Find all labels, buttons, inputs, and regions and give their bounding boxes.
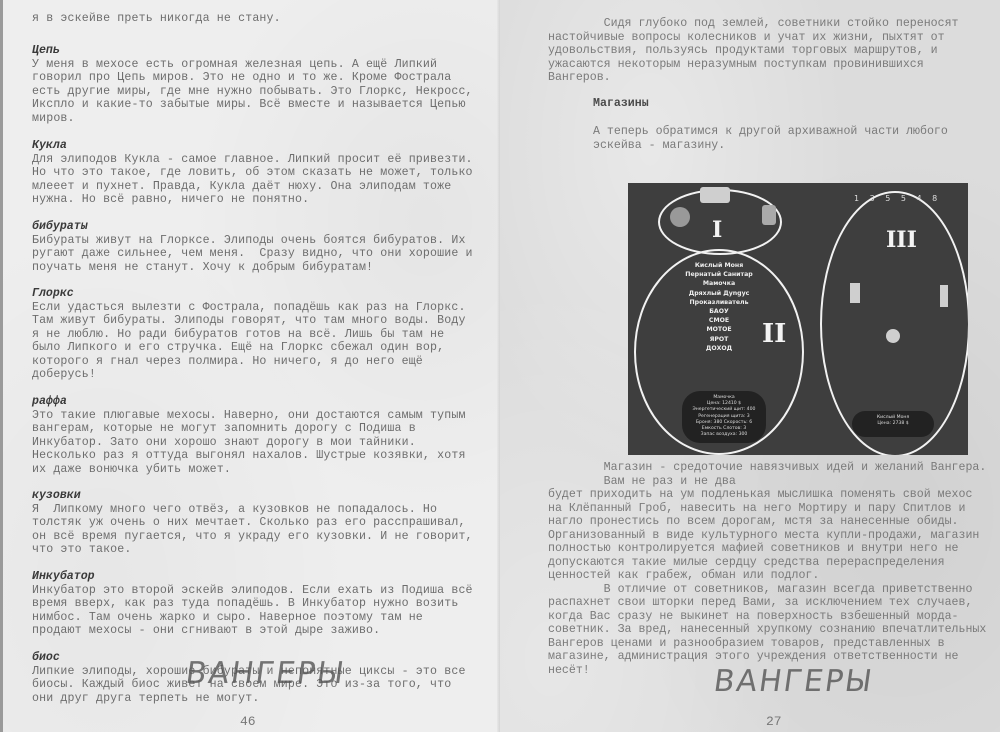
- entry-text: Инкубатор это второй эскейв элиподов. Ес…: [32, 584, 473, 638]
- entry-term: бибураты: [32, 220, 473, 234]
- item-info-box-right: Кислый МоняЦена: 2738 $: [852, 411, 934, 437]
- section-title: Магазины: [593, 97, 649, 110]
- gear-icon: [670, 207, 690, 227]
- glossary-entry: ГлорксЕсли удасться вылезти с Фострала, …: [32, 287, 466, 382]
- glossary-entry: раффаЭто такие плюгавые мехосы. Наверно,…: [32, 395, 466, 476]
- device-icon: [886, 329, 900, 343]
- handwritten-stamp: ВАНГЕРЫ: [712, 664, 876, 699]
- entry-term: раффа: [32, 395, 466, 409]
- shop-screenshot: I Кислый МоняПернатый СанитарМамочкаДрях…: [628, 183, 968, 455]
- glossary-entry: кузовкиЯ Липкому много чего отвёз, а куз…: [32, 489, 473, 557]
- entry-text: У меня в мехосе есть огромная железная ц…: [32, 58, 473, 126]
- weapon-slot-right-icon: [940, 285, 948, 307]
- panel-label-three: III: [886, 227, 917, 253]
- item-info-box: МамочкаЦена: 12410 $Энергетический щит: …: [682, 391, 766, 443]
- intro-line: я в эскейве преть никогда не стану.: [32, 12, 281, 26]
- entry-text: Бибураты живут на Глорксе. Элиподы очень…: [32, 234, 473, 275]
- entry-term: Цепь: [32, 44, 473, 58]
- entry-term: Кукла: [32, 139, 473, 153]
- entry-text: Для элиподов Кукла - самое главное. Липк…: [32, 153, 473, 207]
- glossary-entry: КуклаДля элиподов Кукла - самое главное.…: [32, 139, 473, 207]
- entry-text: Я Липкому много чего отвёз, а кузовков н…: [32, 503, 473, 557]
- glossary-entry: ИнкубаторИнкубатор это второй эскейв эли…: [32, 570, 473, 638]
- handwritten-stamp: ВАНГЕРЫ: [184, 656, 348, 691]
- page-number: 27: [766, 714, 782, 729]
- entry-term: Глоркс: [32, 287, 466, 301]
- glossary-entry: бибуратыБибураты живут на Глорксе. Элипо…: [32, 220, 473, 274]
- entry-term: кузовки: [32, 489, 473, 503]
- entry-text: Это такие плюгавые мехосы. Наверно, они …: [32, 409, 466, 477]
- slot-numbers: 1 3 5 5 4 8: [854, 194, 941, 203]
- panel-label-two: II: [762, 319, 786, 349]
- panel-label-one: I: [712, 217, 722, 243]
- body-paragraph: Магазин - средоточие навязчивых идей и ж…: [548, 461, 986, 677]
- intro-paragraph: Сидя глубоко под землей, советники стойк…: [548, 17, 959, 85]
- glossary-entry: ЦепьУ меня в мехосе есть огромная железн…: [32, 44, 473, 125]
- vehicle-icon: [700, 187, 730, 203]
- entry-text: Если удасться вылезти с Фострала, попадё…: [32, 301, 466, 382]
- inventory-list: Кислый МоняПернатый СанитарМамочкаДряхлы…: [674, 261, 764, 353]
- section-intro: А теперь обратимся к другой архиважной ч…: [593, 125, 948, 152]
- creature-icon: [762, 205, 776, 225]
- left-page: я в эскейве преть никогда не стану. Цепь…: [0, 0, 500, 732]
- weapon-slot-left-icon: [850, 283, 860, 303]
- entry-term: Инкубатор: [32, 570, 473, 584]
- page-number: 46: [240, 714, 256, 729]
